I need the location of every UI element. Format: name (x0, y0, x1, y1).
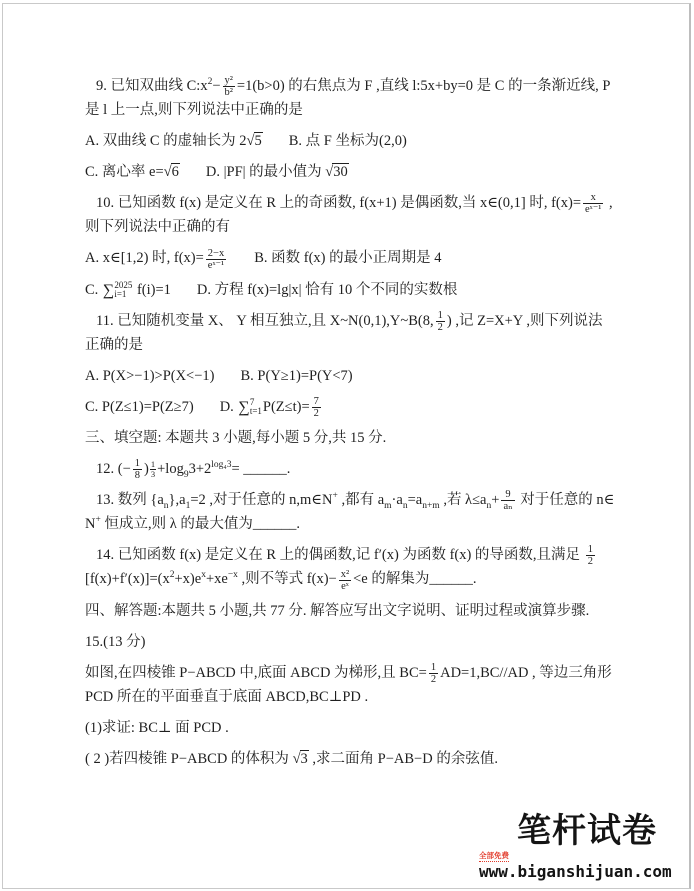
question-13-line-1: 13. 数列 {an},a1=2 ,对于任意的 n,m∈N+ ,都有 am·an… (85, 488, 647, 512)
question-12-line: 12. (−18)13+log93+2log₄3= ______. (85, 457, 647, 481)
question-11-options-cd: C. P(Z≤1)=P(Z≥7)D. ∑7t=1P(Z≤t)=72 (85, 395, 647, 419)
question-13: 13. 数列 {an},a1=2 ,对于任意的 n,m∈N+ ,都有 am·an… (85, 488, 647, 536)
question-10-line-1: 10. 已知函数 f(x) 是定义在 R 上的奇函数, f(x+1) 是偶函数,… (85, 191, 647, 215)
question-11-line-2: 正确的是 (85, 333, 647, 357)
section-4-header: 四、解答题:本题共 5 小题,共 77 分. 解答应写出文字说明、证明过程或演算… (85, 599, 647, 623)
question-15-part-1: (1)求证: BC⊥ 面 PCD . (85, 716, 647, 740)
question-15-line-1: 如图,在四棱锥 P−ABCD 中,底面 ABCD 为梯形,且 BC=12AD=1… (85, 661, 647, 685)
question-11-options-ab: A. P(X>−1)>P(X<−1)B. P(Y≥1)=P(Y<7) (85, 364, 647, 388)
question-9-options-ab: A. 双曲线 C 的虚轴长为 2√5B. 点 F 坐标为(2,0) (85, 129, 647, 153)
question-15-number: 15.(13 分) (85, 630, 647, 654)
question-13-line-2: N+ 恒成立,则 λ 的最大值为______. (85, 512, 647, 536)
question-14-line-1: 14. 已知函数 f(x) 是定义在 R 上的偶函数,记 f′(x) 为函数 f… (85, 543, 647, 567)
watermark-free-label: 全部免费 (479, 852, 509, 862)
question-10: 10. 已知函数 f(x) 是定义在 R 上的奇函数, f(x+1) 是偶函数,… (85, 191, 647, 239)
section-3-header: 三、填空题: 本题共 3 小题,每小题 5 分,共 15 分. (85, 426, 647, 450)
question-15-line-2: PCD 所在的平面垂直于底面 ABCD,BC⊥PD . (85, 685, 647, 709)
question-14: 14. 已知函数 f(x) 是定义在 R 上的偶函数,记 f′(x) 为函数 f… (85, 543, 647, 591)
question-9-options-cd: C. 离心率 e=√6D. |PF| 的最小值为 √30 (85, 160, 647, 184)
question-9-line-1: 9. 已知双曲线 C:x2−y²b²=1(b>0) 的右焦点为 F ,直线 l:… (85, 74, 647, 98)
question-10-options-ab: A. x∈[1,2) 时, f(x)=2−xeˣ⁻¹B. 函数 f(x) 的最小… (85, 246, 647, 270)
question-9-line-2: 是 l 上一点,则下列说法中正确的是 (85, 98, 647, 122)
question-10-options-cd: C. ∑2025i=1 f(i)=1D. 方程 f(x)=lg|x| 恰有 10… (85, 278, 647, 302)
question-15-part-2: ( 2 )若四棱锥 P−ABCD 的体积为 √3 ,求二面角 P−AB−D 的余… (85, 747, 647, 771)
exam-content: 9. 已知双曲线 C:x2−y²b²=1(b>0) 的右焦点为 F ,直线 l:… (85, 74, 647, 778)
watermark-brand-logo: 笔杆试卷 (517, 813, 657, 849)
question-9: 9. 已知双曲线 C:x2−y²b²=1(b>0) 的右焦点为 F ,直线 l:… (85, 74, 647, 122)
question-14-line-2: [f(x)+f′(x)]=(x2+x)ex+xe−x ,则不等式 f(x)−x²… (85, 567, 647, 591)
question-10-line-2: 则下列说法中正确的有 (85, 215, 647, 239)
question-11: 11. 已知随机变量 X、 Y 相互独立,且 X~N(0,1),Y~B(8,12… (85, 309, 647, 357)
watermark-url: www.biganshijuan.com (479, 863, 672, 881)
watermark: 全部免费 笔杆试卷 www.biganshijuan.com (479, 815, 685, 881)
question-11-line-1: 11. 已知随机变量 X、 Y 相互独立,且 X~N(0,1),Y~B(8,12… (85, 309, 647, 333)
question-15-stem: 如图,在四棱锥 P−ABCD 中,底面 ABCD 为梯形,且 BC=12AD=1… (85, 661, 647, 709)
